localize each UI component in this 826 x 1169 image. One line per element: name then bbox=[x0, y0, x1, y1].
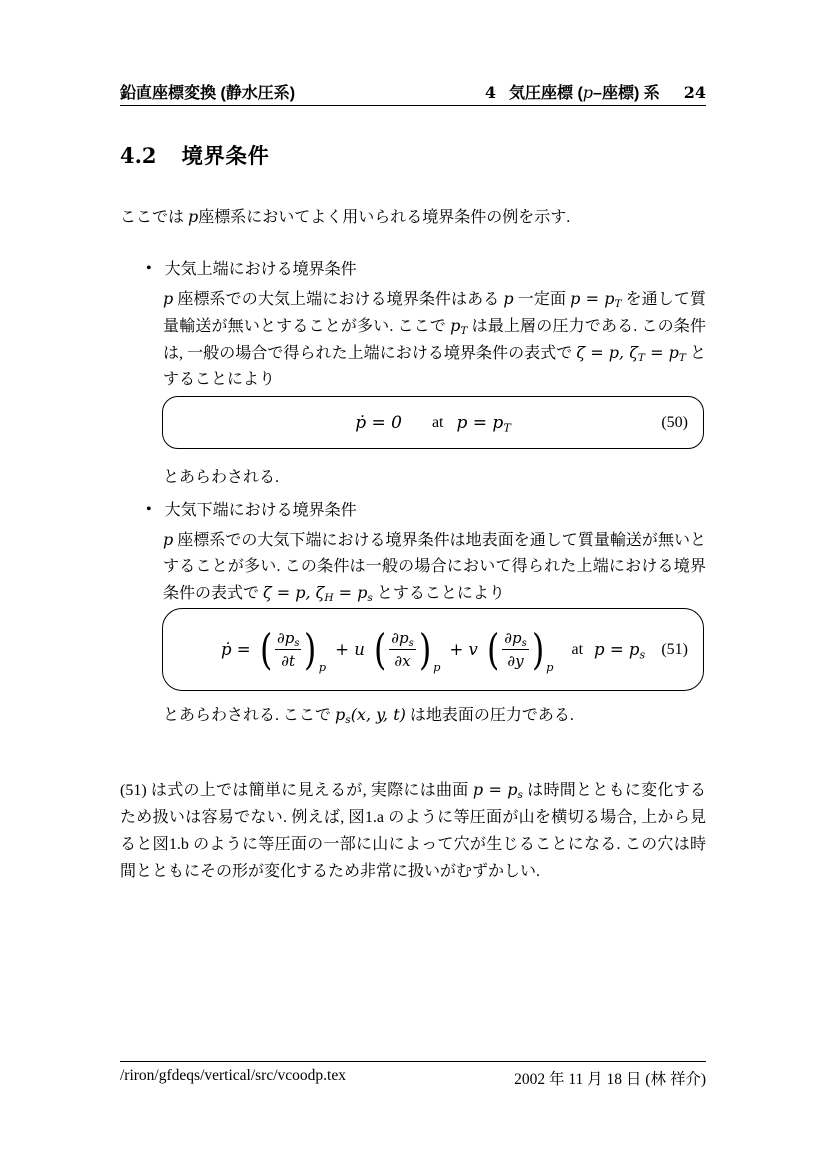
constant-p-subscript: p bbox=[546, 660, 553, 674]
fraction-dps-dt: ∂ps ∂t bbox=[275, 629, 301, 670]
eq51-lhs: ṗ = bbox=[221, 640, 251, 659]
intro-paragraph: ここでは p座標系においてよく用いられる境界条件の例を示す. bbox=[120, 204, 706, 231]
equation-50: ṗ = 0 at p = pT bbox=[355, 413, 511, 433]
equation-51: ṗ = ( ∂ps ∂t ) p + u ( ∂ps ∂x ) p bbox=[221, 629, 645, 670]
eq51-term-dt: ( ∂ps ∂t ) p bbox=[258, 629, 329, 670]
footer-date-author: 2002 年 11 月 18 日 (林 祥介) bbox=[514, 1067, 706, 1089]
fraction-numerator: ∂ps bbox=[389, 629, 415, 650]
fraction-dps-dy: ∂ps ∂y bbox=[502, 629, 528, 670]
header-left-title: 鉛直座標変換 (静水圧系) bbox=[120, 80, 295, 103]
equation-number-51: (51) bbox=[661, 641, 688, 659]
footer-rule bbox=[120, 1061, 706, 1062]
fraction-dps-dx: ∂ps ∂x bbox=[389, 629, 415, 670]
section-title: 境界条件 bbox=[182, 145, 270, 168]
term-coefficient: + v bbox=[449, 640, 477, 659]
fraction-numerator: ∂ps bbox=[502, 629, 528, 650]
after-eq51-text: とあらわされる. ここで ps(x, y, t) は地表面の圧力である. bbox=[163, 702, 706, 729]
after-eq50-text: とあらわされる. bbox=[163, 464, 279, 487]
footer-file-path: /riron/gfdeqs/vertical/src/vcoodp.tex bbox=[120, 1067, 346, 1089]
constant-p-subscript: p bbox=[433, 660, 440, 674]
bullet-icon: • bbox=[146, 260, 152, 278]
eq50-condition: p = pT bbox=[456, 413, 510, 433]
fraction-numerator: ∂ps bbox=[275, 629, 301, 650]
bullet-item-top-boundary: • 大気上端における境界条件 bbox=[146, 256, 357, 279]
page-footer: /riron/gfdeqs/vertical/src/vcoodp.tex 20… bbox=[120, 1067, 706, 1089]
eq51-condition: p = ps bbox=[594, 640, 645, 659]
bullet-title: 大気下端における境界条件 bbox=[165, 502, 357, 519]
eq51-term-dx: + u ( ∂ps ∂x ) p bbox=[328, 629, 442, 670]
page-header: 鉛直座標変換 (静水圧系) 4 気圧座標 (p–座標) 系 24 bbox=[120, 80, 706, 103]
section-number: 4.2 bbox=[120, 143, 157, 168]
equation-number-50: (50) bbox=[661, 414, 688, 432]
bullet-title: 大気上端における境界条件 bbox=[165, 261, 357, 278]
closing-paragraph: (51) は式の上では簡単に見えるが, 実際には曲面 p = ps は時間ととも… bbox=[120, 776, 706, 885]
bullet-body-top-boundary: p 座標系での大気上端における境界条件はある p 一定面 p = pT を通して… bbox=[163, 286, 706, 393]
fraction-denominator: ∂t bbox=[281, 650, 295, 670]
constant-p-subscript: p bbox=[319, 660, 326, 674]
eq50-at-label: at bbox=[432, 414, 444, 432]
equation-box-51: ṗ = ( ∂ps ∂t ) p + u ( ∂ps ∂x ) p bbox=[162, 608, 704, 691]
eq51-term-dy: + v ( ∂ps ∂y ) p bbox=[442, 629, 555, 670]
document-page: 鉛直座標変換 (静水圧系) 4 気圧座標 (p–座標) 系 24 4.2 境界条… bbox=[0, 0, 826, 1169]
bullet-body-bottom-boundary: p 座標系での大気下端における境界条件は地表面を通して質量輸送が無いとすることが… bbox=[163, 527, 706, 607]
term-coefficient: + u bbox=[335, 640, 365, 659]
header-section-title: 気圧座標 (p–座標) 系 bbox=[509, 80, 660, 103]
bullet-item-bottom-boundary: • 大気下端における境界条件 bbox=[146, 497, 357, 520]
page-number: 24 bbox=[684, 83, 706, 102]
equation-box-50: ṗ = 0 at p = pT (50) bbox=[162, 396, 704, 449]
fraction-denominator: ∂y bbox=[507, 650, 523, 670]
fraction-denominator: ∂x bbox=[394, 650, 410, 670]
header-rule bbox=[120, 105, 706, 106]
header-section-number: 4 bbox=[485, 83, 496, 102]
header-right: 4 気圧座標 (p–座標) 系 24 bbox=[485, 80, 706, 103]
bullet-icon: • bbox=[146, 501, 152, 519]
eq50-lhs: ṗ = 0 bbox=[355, 413, 402, 433]
section-heading: 4.2 境界条件 bbox=[120, 140, 270, 170]
eq51-at-label: at bbox=[571, 641, 583, 659]
